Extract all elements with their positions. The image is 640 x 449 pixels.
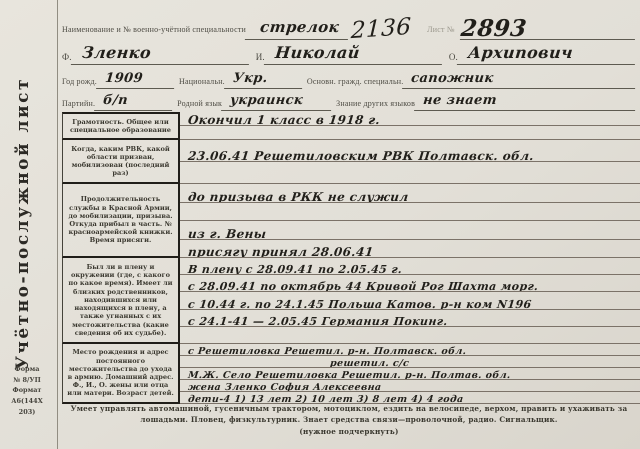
handwritten-line: с 24.1-41 — 2.05.45 Германия Покинг. <box>180 310 640 327</box>
header-specialty-line: Наименование и № военно-учётной специаль… <box>62 6 636 40</box>
row-label: Грамотность. Общее или специальное образ… <box>62 112 180 140</box>
handwriting-text: 23.06.41 Решетиловским РВК Полтавск. обл… <box>187 149 534 162</box>
party-handwritten: б/п <box>94 93 174 111</box>
specialty-number-handwritten: 2136 <box>350 18 411 42</box>
header-name-line: Ф. Зленко И. Николай О. Архипович <box>62 42 636 65</box>
party-label: Партийн. <box>62 99 95 111</box>
handwritten-line: с 10.44 г. по 24.1.45 Польша Катов. р-н … <box>180 292 640 309</box>
row-draft-office: Когда, каким РВК, какой области призван,… <box>62 140 640 184</box>
row-value-area: Окончил 1 класс в 1918 г. <box>180 112 640 140</box>
form-number-stamp: Форма № 8/УП Формат А6(144Х 203) <box>0 364 54 418</box>
row-education: Грамотность. Общее или специальное образ… <box>62 112 640 140</box>
handwritten-line: с Решетиловка Решетил. р-н. Полтавск. об… <box>180 344 640 356</box>
document-title-vertical: Учётно-послужной лист <box>13 77 33 370</box>
ruled-line-empty <box>180 126 640 140</box>
other-languages-handwritten: не знает <box>414 93 637 111</box>
row-value-area: В плену с 28.09.41 по 2.05.45 г. с 28.09… <box>180 258 640 344</box>
handwritten-line: присягу принял 28.06.41 <box>180 240 640 259</box>
handwritten-line: жена Зленко София Алексеевна <box>180 380 640 392</box>
form-stamp-line: № 8/УП <box>0 375 54 386</box>
form-stamp-line: Формат <box>0 385 54 396</box>
handwritten-line: с 28.09.41 по октябрь 44 Кривой Рог Шахт… <box>180 275 640 292</box>
handwritten-line: из г. Вены <box>180 221 640 240</box>
skills-footnote: Умеет управлять автомашиной, гусеничным … <box>62 404 636 437</box>
handwriting-text: присягу принял 28.06.41 <box>187 245 374 258</box>
handwritten-line: 23.06.41 Решетиловским РВК Полтавск. обл… <box>180 140 640 162</box>
handwritten-line: В плену с 28.09.41 по 2.05.45 г. <box>180 258 640 275</box>
handwriting-text: из г. Вены <box>187 227 267 240</box>
nationality-label: Национальн. <box>179 77 225 89</box>
handwriting-text: М.Ж. Село Решетиловка Решетил. р-н. Полт… <box>187 370 511 380</box>
birth-year-handwritten: 1909 <box>96 71 176 89</box>
row-value-area: с Решетиловка Решетил. р-н. Полтавск. об… <box>180 344 640 404</box>
handwritten-line: до призыва в РКК не служил <box>180 184 640 203</box>
handwriting-text: решетил. с/с <box>329 358 409 368</box>
ruled-line-empty <box>180 327 640 344</box>
sheet-number-label: Лист № <box>427 25 455 40</box>
native-language-handwritten: украинск <box>221 93 333 111</box>
ruled-line-empty <box>180 162 640 184</box>
handwriting-text: до призыва в РКК не служил <box>187 190 409 203</box>
row-value-area: до призыва в РКК не служил из г. Вены пр… <box>180 184 640 258</box>
row-label: Был ли в плену и окружении (где, с каког… <box>62 258 180 344</box>
civil-specialty-label: Основн. гражд. специальн. <box>307 77 404 89</box>
handwriting-text: с Решетиловка Решетил. р-н. Полтавск. об… <box>187 346 467 356</box>
header-birth-line: Год рожд. 1909 Национальн. Укр. Основн. … <box>62 68 636 89</box>
form-stamp-line: 203) <box>0 407 54 418</box>
other-languages-label: Знание других языков <box>336 99 415 111</box>
row-captivity: Был ли в плену и окружении (где, с каког… <box>62 258 640 344</box>
civil-specialty-handwritten: сапожник <box>403 71 637 89</box>
handwritten-line: дети-4 1) 13 лет 2) 10 лет 3) 8 лет 4) 4… <box>180 392 640 404</box>
margin-divider-line <box>57 0 58 449</box>
ruled-line-empty <box>180 203 640 222</box>
patronymic-handwritten: Архипович <box>457 43 637 65</box>
underline-instruction: (нужное подчеркнуть) <box>62 427 636 438</box>
row-value-area: 23.06.41 Решетиловским РВК Полтавск. обл… <box>180 140 640 184</box>
form-stamp-line: А6(144Х <box>0 396 54 407</box>
nationality-handwritten: Укр. <box>224 71 304 89</box>
handwritten-line: Окончил 1 класс в 1918 г. <box>180 112 640 126</box>
skills-text: Умеет управлять автомашиной, гусеничным … <box>62 404 636 426</box>
firstname-handwritten: Николай <box>264 43 444 65</box>
specialty-value-handwritten: стрелок <box>245 18 350 40</box>
handwritten-line: М.Ж. Село Решетиловка Решетил. р-н. Полт… <box>180 368 640 380</box>
handwriting-text: с 28.09.41 по октябрь 44 Кривой Рог Шахт… <box>187 280 539 292</box>
sheet-number-handwritten: 2893 <box>460 19 637 40</box>
handwriting-text: с 24.1-41 — 2.05.45 Германия Покинг. <box>187 315 448 327</box>
native-language-label: Родной язык <box>177 99 222 111</box>
header-party-line: Партийн. б/п Родной язык украинск Знание… <box>62 90 636 111</box>
row-label: Место рождения и адрес постоянного место… <box>62 344 180 404</box>
handwriting-text: жена Зленко София Алексеевна <box>187 382 382 392</box>
row-label: Продолжительность службы в Красной Армии… <box>62 184 180 258</box>
row-service-duration: Продолжительность службы в Красной Армии… <box>62 184 640 258</box>
handwriting-text: Окончил 1 класс в 1918 г. <box>187 113 381 126</box>
handwriting-text: дети-4 1) 13 лет 2) 10 лет 3) 8 лет 4) 4… <box>187 394 464 404</box>
row-label: Когда, каким РВК, какой области призван,… <box>62 140 180 184</box>
handwriting-text: В плену с 28.09.41 по 2.05.45 г. <box>187 263 403 275</box>
form-stamp-line: Форма <box>0 364 54 375</box>
birth-year-label: Год рожд. <box>62 77 97 89</box>
service-record-document: Учётно-послужной лист Форма № 8/УП Форма… <box>0 0 640 449</box>
specialty-label: Наименование и № военно-учётной специаль… <box>62 25 246 40</box>
surname-handwritten: Зленко <box>71 43 251 65</box>
handwritten-line: решетил. с/с <box>180 356 640 368</box>
vertical-title-area: Учётно-послужной лист <box>6 78 40 368</box>
form-table: Грамотность. Общее или специальное образ… <box>62 112 640 404</box>
row-birthplace-address: Место рождения и адрес постоянного место… <box>62 344 640 404</box>
handwriting-text: с 10.44 г. по 24.1.45 Польша Катов. р-н … <box>187 298 532 310</box>
